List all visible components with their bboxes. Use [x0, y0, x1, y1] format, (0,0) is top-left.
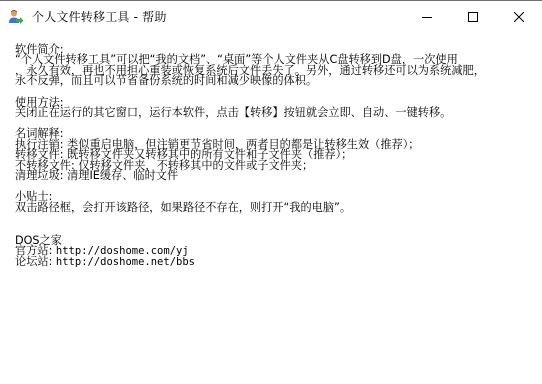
close-button[interactable]	[496, 1, 542, 32]
usage-line: 关闭正在运行的其它窗口，运行本软件，点击【转移】按钮就会立即、自动、一键转移。	[15, 108, 534, 118]
forum-site-label: 论坛站:	[15, 255, 52, 268]
help-window: 个人文件转移工具 - 帮助 软件简介: “个人文件转	[0, 0, 542, 384]
help-text: 软件简介: “个人文件转移工具”可以把“我的文档”、“桌面”等个人文件夹从C盘转…	[15, 45, 534, 278]
maximize-button[interactable]	[450, 1, 496, 32]
glossary-section: 名词解释: 执行注销: 类似重启电脑，但注销更节省时间，两者目的都是让转移生效（…	[15, 129, 534, 181]
maximize-icon	[468, 12, 478, 22]
user-transfer-icon	[8, 9, 24, 25]
title-bar[interactable]: 个人文件转移工具 - 帮助	[0, 1, 542, 32]
window-title: 个人文件转移工具 - 帮助	[32, 8, 167, 25]
minimize-button[interactable]	[404, 1, 450, 32]
intro-line: 永不反弹，而且可以节省备份系统的时间和减少映像的体积。	[15, 76, 534, 86]
intro-section: 软件简介: “个人文件转移工具”可以把“我的文档”、“桌面”等个人文件夹从C盘转…	[15, 45, 534, 87]
forum-site-url: http://doshome.net/bbs	[56, 256, 195, 268]
tips-section: 小贴士: 双击路径框，会打开该路径，如果路径不存在，则打开“我的电脑”。	[15, 192, 534, 213]
forum-site-row: 论坛站: http://doshome.net/bbs	[15, 257, 534, 267]
glossary-item: 清理垃圾: 清理IE缓存、临时文件	[15, 171, 534, 181]
minimize-icon	[422, 12, 432, 22]
tips-line: 双击路径框，会打开该路径，如果路径不存在，则打开“我的电脑”。	[15, 203, 534, 213]
window-controls	[404, 1, 542, 32]
close-icon	[514, 12, 524, 22]
contact-section: DOS之家 官方站: http://doshome.com/yj 论坛站: ht…	[15, 236, 534, 267]
usage-section: 使用方法: 关闭正在运行的其它窗口，运行本软件，点击【转移】按钮就会立即、自动、…	[15, 98, 534, 119]
